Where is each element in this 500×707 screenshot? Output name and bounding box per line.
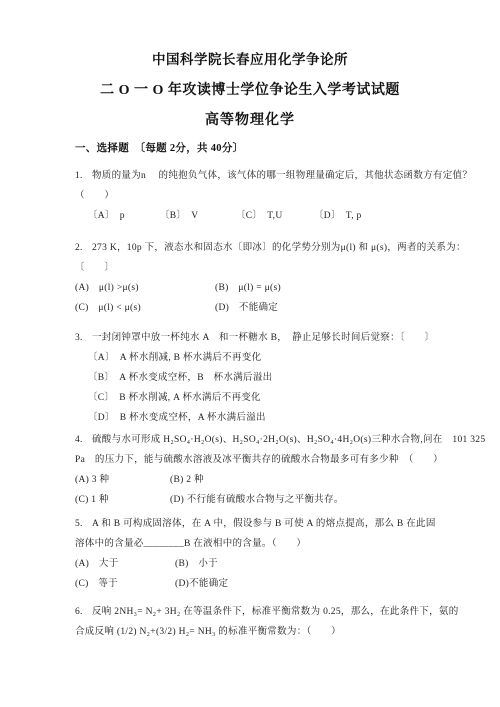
question-5: 5.A 和 B 可构成固溶体，在 A 中，假设参与 B 可使 A 的熔点提高，那… (75, 514, 444, 594)
question-6: 6.反响 2NH₃= N₂+ 3H₂ 在等温条件下，标准平衡常数为 0.25，那… (75, 602, 444, 642)
option-d: (D) 不行能有硫酸水合物与之平衡共存。 (170, 490, 344, 510)
option-b: (B) 2 种 (170, 470, 204, 490)
question-stem-continuation: 溶体中的含量必________B 在液相中的含量。（ ） (75, 534, 444, 554)
question-stem: 一封闭钟罩中放一杯纯水 A 和一杯糖水 B， 静止足够长时间后觉察：〔 〕 (92, 333, 434, 343)
question-stem-continuation: Pa 的压力下，能与硫酸水溶液及冰平衡共存的硫酸水合物最多可有多少种 （ ） (75, 450, 444, 470)
option-d: 〔D〕 T, p (314, 206, 362, 226)
question-number: 1. (75, 166, 92, 186)
option-a: 〔A〕 p (88, 206, 160, 226)
option-c: 〔C〕 B 杯水削减, A 杯水满后不再变化 (75, 388, 444, 408)
question-stem-continuation: 合成反响 (1/2) N₂+(3/2) H₂= NH₃ 的标准平衡常数为：（ ） (75, 622, 444, 642)
option-a: (A) 大于 (75, 554, 175, 574)
option-a: (A) μ(l) >μ(s) (75, 278, 215, 298)
option-b: 〔B〕 A 杯水变成空杯，B 杯水满后溢出 (75, 368, 444, 388)
answer-bracket: （ ） (75, 186, 444, 206)
option-c: 〔C〕 T,U (236, 206, 314, 226)
question-number: 3. (75, 328, 92, 348)
answer-bracket: 〔 〕 (75, 258, 444, 278)
question-number: 6. (75, 602, 92, 622)
subject-title: 高等物理化学 (0, 108, 500, 134)
question-stem: 273 K，10p 下，液态水和固态水〔即冰〕的化学势分别为μ(l) 和 μ(s… (92, 243, 466, 253)
option-b: (B) 小于 (175, 554, 218, 574)
question-number: 2. (75, 238, 92, 258)
question-2: 2.273 K，10p 下，液态水和固态水〔即冰〕的化学势分别为μ(l) 和 μ… (75, 238, 444, 318)
question-stem: 反响 2NH₃= N₂+ 3H₂ 在等温条件下，标准平衡常数为 0.25，那么，… (92, 607, 459, 617)
question-4: 4.硫酸与水可形成 H₂SO₄·H₂O(s)、H₂SO₄·2H₂O(s)、H₂S… (75, 430, 444, 510)
option-b: 〔B〕 V (160, 206, 236, 226)
option-c: (C) 等于 (75, 574, 175, 594)
question-stem: 物质的量为n 的纯抱负气体，该气体的哪一组物理量确定后，其他状态函数方有定值？ (92, 171, 472, 181)
option-b: (B) μ(l) = μ(s) (215, 278, 281, 298)
institution-title: 中国科学院长春应用化学争论所 (0, 46, 500, 74)
exam-document-page: 中国科学院长春应用化学争论所 二 O 一 O 年攻读博士学位争论生入学考试试题 … (0, 0, 500, 707)
exam-session-title: 二 O 一 O 年攻读博士学位争论生入学考试试题 (0, 74, 500, 108)
question-number: 5. (75, 514, 92, 534)
option-c: (C) μ(l) < μ(s) (75, 298, 215, 318)
section-heading: 一、选择题 〔每题 2分，共 40分〕 (75, 140, 444, 158)
option-d: (D) 不能确定 (215, 298, 278, 318)
option-a: (A) 3 种 (75, 470, 170, 490)
option-c: (C) 1 种 (75, 490, 170, 510)
question-3: 3.一封闭钟罩中放一杯纯水 A 和一杯糖水 B， 静止足够长时间后觉察：〔 〕 … (75, 328, 444, 428)
question-stem: A 和 B 可构成固溶体，在 A 中，假设参与 B 可使 A 的熔点提高，那么 … (92, 519, 436, 529)
document-header: 中国科学院长春应用化学争论所 二 O 一 O 年攻读博士学位争论生入学考试试题 … (0, 46, 500, 134)
question-stem: 硫酸与水可形成 H₂SO₄·H₂O(s)、H₂SO₄·2H₂O(s)、H₂SO₄… (92, 435, 485, 445)
option-d: (D)不能确定 (175, 574, 228, 594)
option-a: 〔A〕 A 杯水削减, B 杯水满后不再变化 (75, 348, 444, 368)
exam-body: 一、选择题 〔每题 2分，共 40分〕 1.物质的量为n 的纯抱负气体，该气体的… (75, 140, 444, 642)
question-number: 4. (75, 430, 92, 450)
option-d: 〔D〕 B 杯水变成空杯，A 杯水满后溢出 (75, 408, 444, 428)
question-1: 1.物质的量为n 的纯抱负气体，该气体的哪一组物理量确定后，其他状态函数方有定值… (75, 166, 444, 226)
